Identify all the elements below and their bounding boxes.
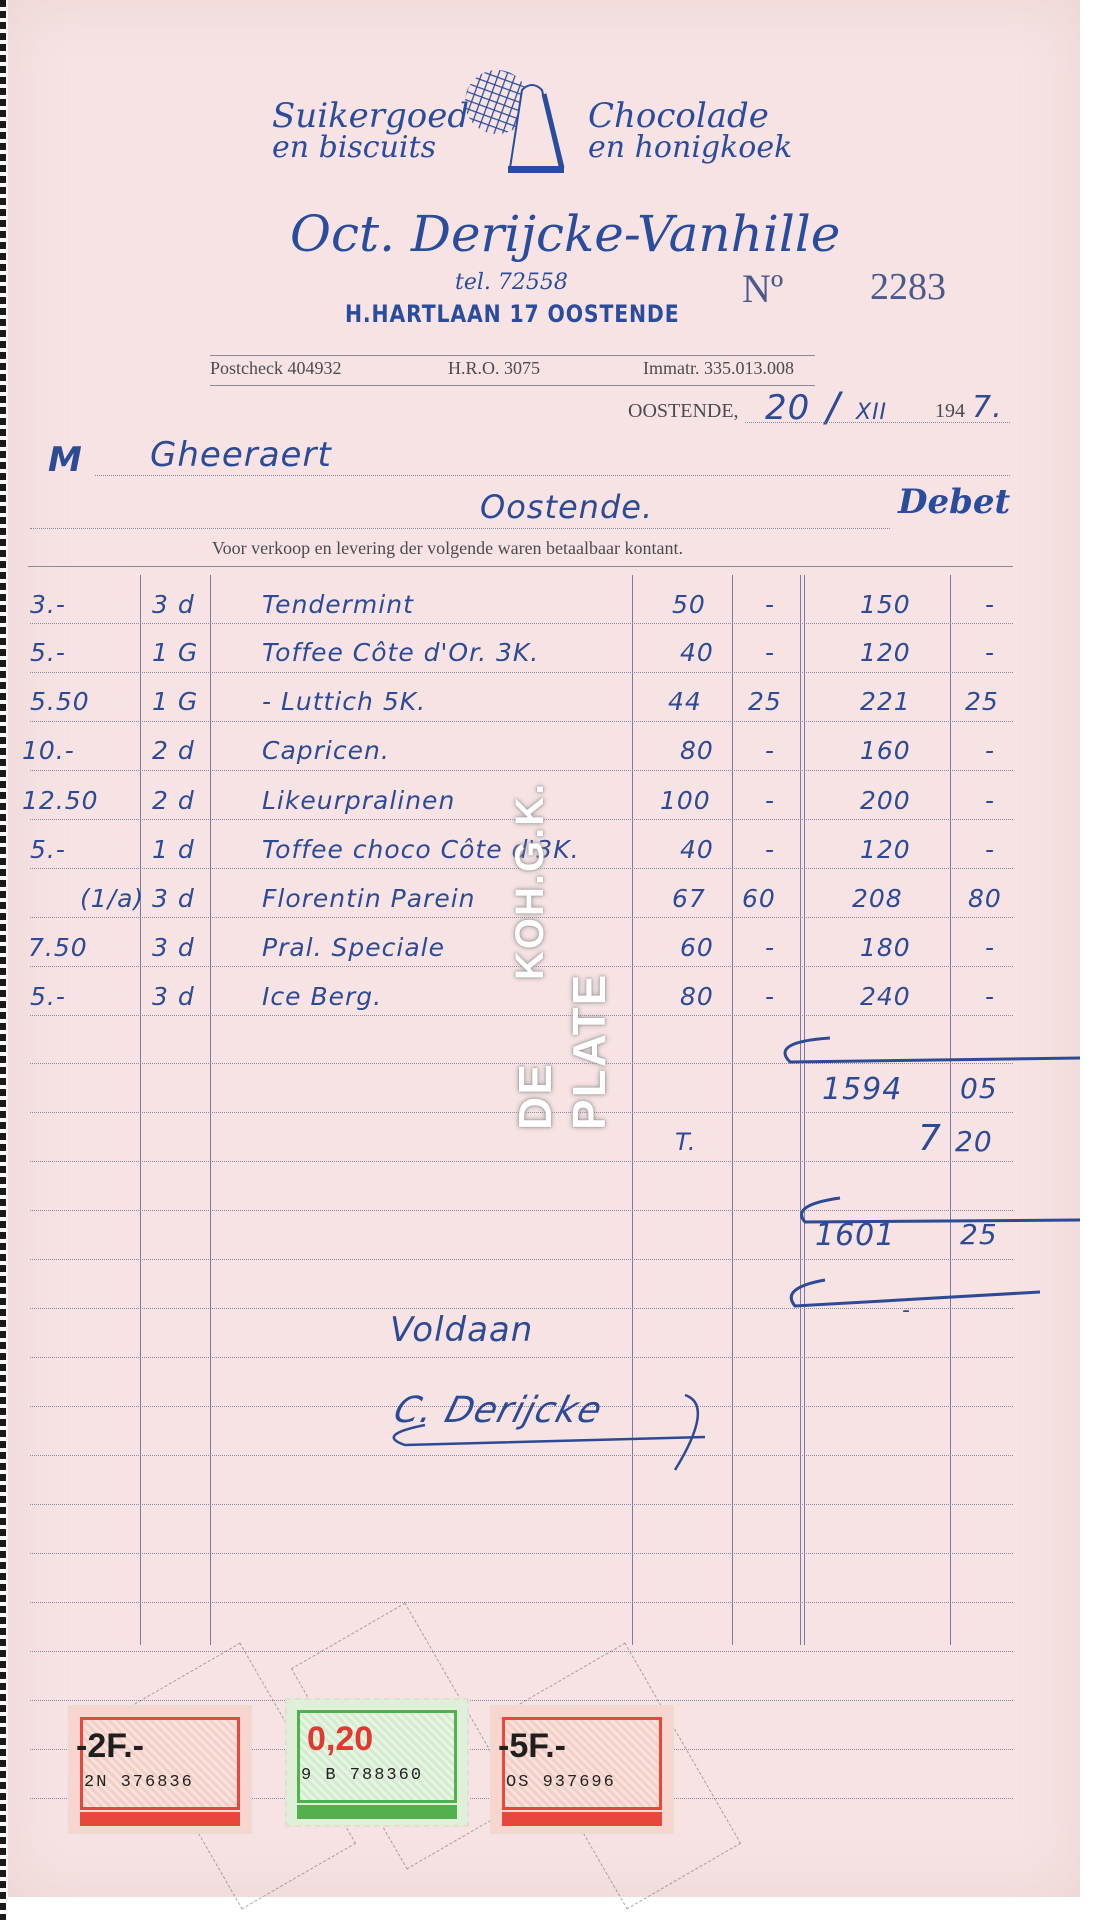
- item-quantity: 3 d: [152, 982, 195, 1011]
- date-dotted-rule: [745, 422, 1010, 423]
- item-description: Pral. Speciale: [262, 933, 445, 962]
- company-name: Oct. Derijcke-Vanhille: [290, 205, 840, 263]
- date-year-suffix: 7.: [972, 390, 1003, 425]
- item-quantity: 1 G: [152, 638, 198, 667]
- item-price-cents: -: [765, 933, 775, 962]
- hro-number: H.R.O. 3075: [448, 358, 540, 379]
- registration-bottom-rule: [210, 385, 815, 386]
- item-total: 208: [852, 884, 903, 913]
- date-slash: /: [826, 385, 840, 431]
- item-price-cents: 60: [742, 884, 776, 913]
- invoice-number-label: Nº: [742, 265, 783, 312]
- letterhead-right-line1: Chocolade: [588, 100, 792, 132]
- tax-label: T.: [675, 1128, 696, 1156]
- item-price-cents: -: [765, 982, 775, 1011]
- signature-flourish: [385, 1385, 725, 1475]
- letterhead-right-line2: en honigkoek: [588, 132, 792, 164]
- item-total-cents: -: [985, 736, 995, 765]
- item-quantity: 1 d: [152, 835, 195, 864]
- letterhead-left-line1: Suikergoed: [272, 100, 469, 132]
- fiscal-stamp-2f: -2F.- 2N 376836: [68, 1705, 252, 1834]
- item-total: 200: [860, 786, 911, 815]
- stamp-value: 0,20: [307, 1720, 373, 1759]
- table-top-rule: [28, 566, 1013, 567]
- date-place: OOSTENDE,: [628, 400, 739, 423]
- item-unit-price: 5.50: [30, 687, 90, 716]
- item-unit-price: 12.50: [22, 786, 99, 815]
- item-total-cents: -: [985, 638, 995, 667]
- letterhead-left: Suikergoed en biscuits: [272, 100, 469, 164]
- item-unit-price: 5.-: [30, 835, 66, 864]
- table-row: 10.- 2 d Capricen. 80 - 160 -: [0, 736, 1102, 776]
- item-description: Likeurpralinen: [262, 786, 455, 815]
- bonbon-logo-icon: [452, 60, 582, 180]
- item-quantity: 3 d: [152, 590, 195, 619]
- postcheck-number: Postcheck 404932: [210, 358, 341, 379]
- payment-terms: Voor verkoop en levering der volgende wa…: [212, 538, 683, 559]
- item-unit-price: (1/a): [80, 884, 144, 913]
- item-total-cents: 80: [968, 884, 1002, 913]
- item-price: 100: [660, 786, 711, 815]
- item-total: 120: [860, 835, 911, 864]
- item-price-cents: -: [765, 736, 775, 765]
- item-quantity: 3 d: [152, 933, 195, 962]
- company-phone: tel. 72558: [455, 270, 568, 295]
- item-description: Florentin Parein: [262, 884, 476, 913]
- item-price: 60: [680, 933, 714, 962]
- item-total: 180: [860, 933, 911, 962]
- table-row: 5.- 1 G Toffee Côte d'Or. 3K. 40 - 120 -: [0, 638, 1102, 678]
- total-bracket-strokes: [770, 1030, 1090, 1320]
- registration-top-rule: [210, 355, 815, 356]
- item-total-cents: -: [985, 982, 995, 1011]
- grand-total-amount: 1601: [815, 1218, 895, 1253]
- item-unit-price: 7.50: [28, 933, 88, 962]
- item-total: 120: [860, 638, 911, 667]
- item-description: Tendermint: [262, 590, 414, 619]
- item-unit-price: 5.-: [30, 982, 66, 1011]
- immatriculation-number: Immatr. 335.013.008: [643, 358, 794, 379]
- item-price: 80: [680, 982, 714, 1011]
- item-description: Toffee Côte d'Or. 3K.: [262, 638, 539, 667]
- item-price: 44: [668, 687, 702, 716]
- item-price-cents: -: [765, 590, 775, 619]
- grand-total-cents: 25: [960, 1218, 998, 1251]
- item-total: 221: [860, 687, 911, 716]
- company-address: H.HARTLAAN 17 OOSTENDE: [345, 300, 680, 328]
- date-year-prefix: 194: [935, 400, 965, 423]
- item-total: 150: [860, 590, 911, 619]
- item-price: 80: [680, 736, 714, 765]
- item-total: 160: [860, 736, 911, 765]
- item-total-cents: -: [985, 933, 995, 962]
- item-quantity: 2 d: [152, 736, 195, 765]
- fiscal-stamp-5f: -5F.- OS 937696: [490, 1705, 674, 1834]
- stamp-serial: 9 B 788360: [301, 1766, 423, 1785]
- item-price-cents: -: [765, 786, 775, 815]
- debet-label: Debet: [898, 482, 1010, 522]
- closing-dash: -: [902, 1298, 911, 1323]
- letterhead-right: Chocolade en honigkoek: [588, 100, 792, 164]
- item-price-cents: -: [765, 835, 775, 864]
- item-price: 67: [672, 884, 706, 913]
- recipient-name: Gheeraert: [150, 435, 332, 475]
- tax-cents: 20: [955, 1125, 993, 1158]
- item-quantity: 2 d: [152, 786, 195, 815]
- item-price-cents: 25: [748, 687, 782, 716]
- stamp-value: -2F.-: [76, 1727, 144, 1766]
- stamp-serial: OS 937696: [506, 1773, 616, 1792]
- item-total-cents: -: [985, 835, 995, 864]
- subtotal-cents: 05: [960, 1072, 998, 1105]
- item-description: Ice Berg.: [262, 982, 382, 1011]
- stamp-serial: 2N 376836: [84, 1773, 194, 1792]
- item-unit-price: 5.-: [30, 638, 66, 667]
- item-price: 50: [672, 590, 706, 619]
- recipient-city-rule: [30, 528, 890, 529]
- recipient-city: Oostende.: [480, 488, 653, 526]
- table-row: 5.50 1 G - Luttich 5K. 44 25 221 25: [0, 687, 1102, 727]
- item-unit-price: 3.-: [30, 590, 66, 619]
- item-quantity: 1 G: [152, 687, 198, 716]
- watermark-bottom: DE PLATE: [508, 1010, 616, 1130]
- stamp-value: -5F.-: [498, 1727, 566, 1766]
- recipient-name-rule: [95, 475, 1010, 476]
- fiscal-stamp-020: 0,20 9 B 788360: [285, 1698, 469, 1827]
- paid-label: Voldaan: [390, 1310, 533, 1350]
- item-total-cents: -: [985, 786, 995, 815]
- recipient-title: M: [48, 440, 83, 480]
- watermark-top: KOH.G.K.: [508, 820, 553, 980]
- subtotal-amount: 1594: [822, 1072, 902, 1107]
- item-quantity: 3 d: [152, 884, 195, 913]
- item-total-cents: 25: [965, 687, 999, 716]
- item-total: 240: [860, 982, 911, 1011]
- tax-amount: 7: [918, 1118, 942, 1159]
- item-description: - Luttich 5K.: [262, 687, 426, 716]
- item-price-cents: -: [765, 638, 775, 667]
- item-price: 40: [680, 638, 714, 667]
- item-unit-price: 10.-: [22, 736, 75, 765]
- letterhead-left-line2: en biscuits: [272, 132, 469, 164]
- item-total-cents: -: [985, 590, 995, 619]
- invoice-number: 2283: [870, 265, 946, 309]
- item-price: 40: [680, 835, 714, 864]
- table-row: 3.- 3 d Tendermint 50 - 150 -: [0, 590, 1102, 630]
- item-description: Capricen.: [262, 736, 390, 765]
